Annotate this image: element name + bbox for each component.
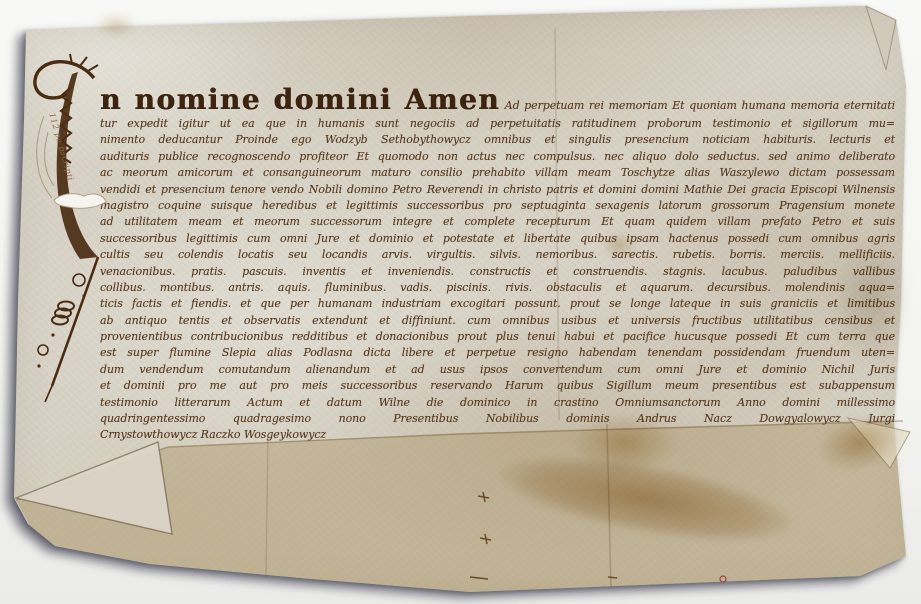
manuscript-line: cultis seu colendis locatis seu locandis… [100, 247, 895, 263]
manuscript-line: et dominii pro me aut pro meis successor… [100, 378, 895, 394]
manuscript-line: ac meorum amicorum et consanguineorum ma… [100, 165, 895, 181]
manuscript-line: venacionibus. pratis. pascuis. inventis … [100, 264, 895, 280]
manuscript-line: Crnystowthowycz Raczko Wosgeykowycz [100, 427, 895, 443]
manuscript-line: audituris publice recognoscendo profiteo… [100, 149, 895, 165]
manuscript-line: vendidi et presencium tenore vendo Nobil… [100, 182, 895, 198]
manuscript-line: ticis factis et fiendis. et que per huma… [100, 296, 895, 312]
manuscript-line: magistro coquine suisque heredibus et le… [100, 198, 895, 214]
photo-background: 112 pa pscripti n nomine domini Amen Ad … [0, 0, 921, 604]
manuscript-text: n nomine domini Amen Ad perpetuam rei me… [100, 83, 895, 444]
manuscript-line: testimonio litterarum Actum et datum Wil… [100, 395, 895, 411]
manuscript-line: successoribus legittimis cum omni Jure e… [100, 231, 895, 247]
manuscript-line: quadringentessimo quadragesimo nono Pres… [100, 411, 895, 427]
manuscript-line: tur expedit igitur ut ea que in humanis … [100, 116, 895, 132]
manuscript-line: dum vendendum comutandum alienandum et a… [100, 362, 895, 378]
manuscript-line: est super flumine Slepia alias Podlasna … [100, 345, 895, 361]
manuscript-line: provenientibus contribucionibus redditib… [100, 329, 895, 345]
manuscript-line: ad utilitatem meam et meorum successorum… [100, 214, 895, 230]
incipit-display: n nomine domini Amen [100, 83, 500, 116]
manuscript-line: ab antiquo tentis et observatis extendun… [100, 313, 895, 329]
manuscript-line: n nomine domini Amen Ad perpetuam rei me… [100, 83, 895, 116]
manuscript-line: collibus. montibus. antris. aquis. flumi… [100, 280, 895, 296]
manuscript-line: nimento deducantur Proinde ego Wodzyb Se… [100, 132, 895, 148]
